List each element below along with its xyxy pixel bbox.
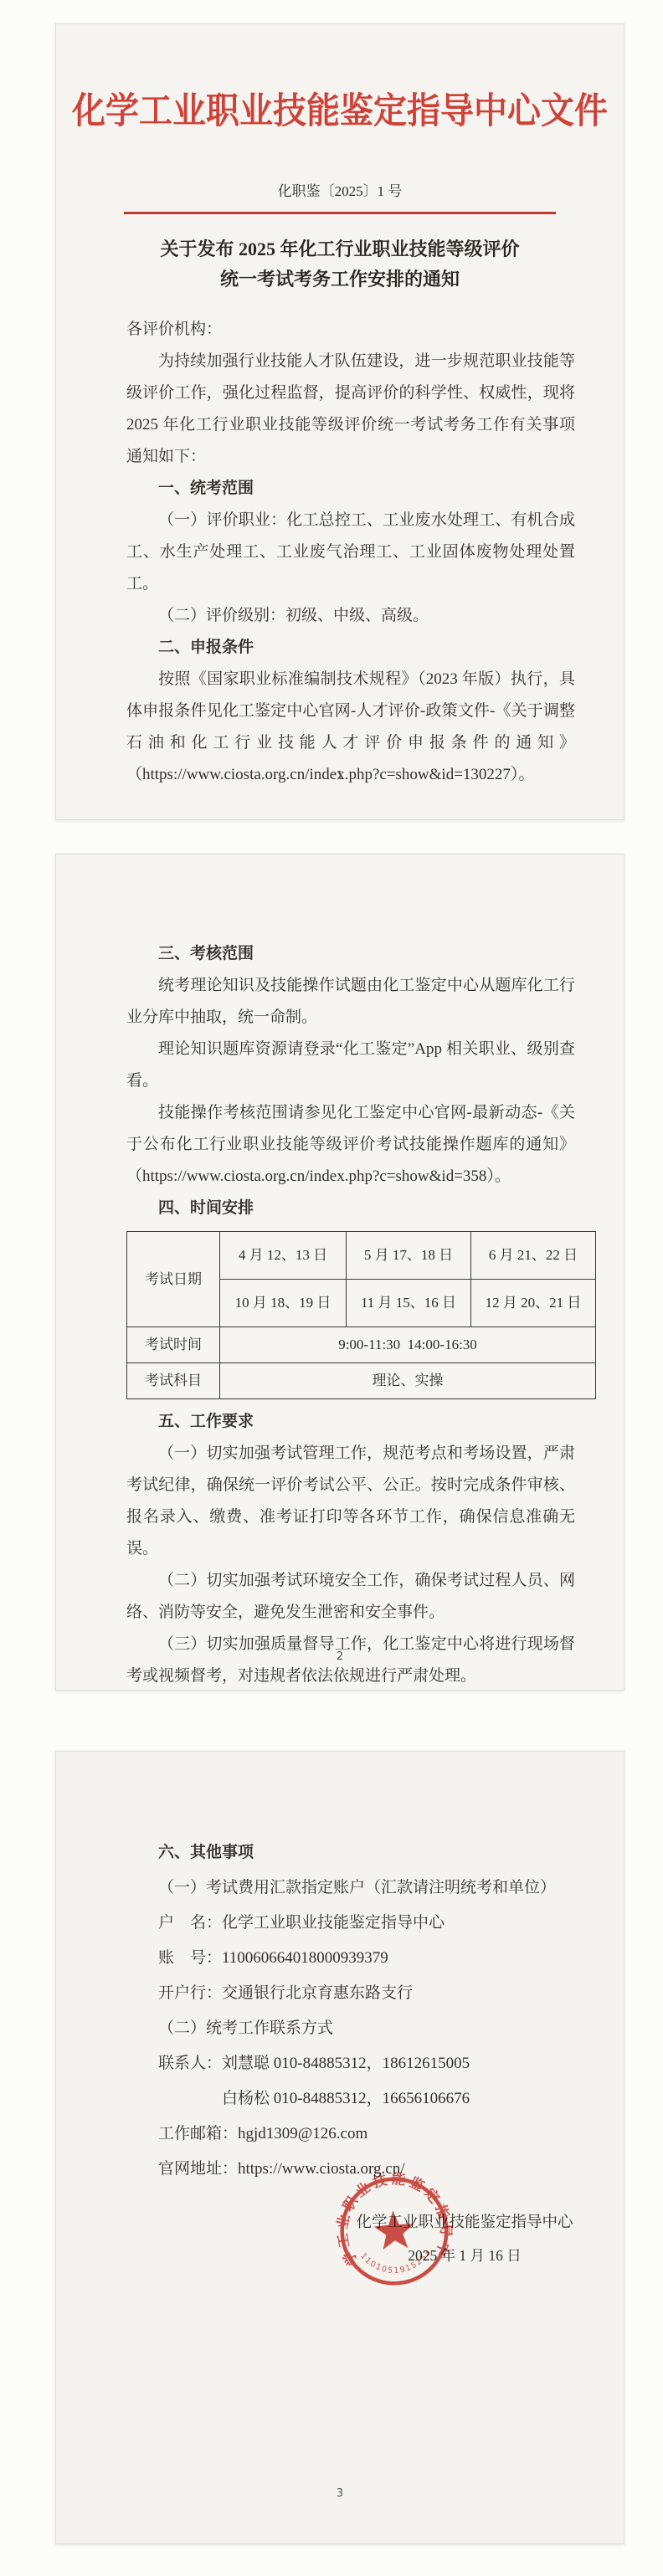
paragraph-6-1: （一）考试费用汇款指定账户（汇款请注明统考和单位） (126, 1870, 575, 1906)
paragraph-6-2: （二）统考工作联系方式 (126, 2011, 575, 2046)
salutation: 各评价机构： (126, 314, 575, 346)
page-title: 化学工业职业技能鉴定指导中心文件 (56, 93, 624, 129)
table-time-label: 考试时间 (127, 1327, 220, 1363)
table-subject-value: 理论、实操 (220, 1363, 596, 1399)
table-subject-label: 考试科目 (127, 1363, 220, 1399)
section-heading-6: 六、其他事项 (126, 1835, 575, 1870)
contact-person-1: 联系人：刘慧聪 010-84885312，18612615005 (126, 2046, 575, 2081)
contact-person-2: 白杨松 010-84885312，16656106676 (126, 2081, 575, 2117)
doc-title-line1: 关于发布 2025 年化工行业职业技能等级评价 (56, 234, 624, 264)
paragraph-3-2: 理论知识题库资源请登录“化工鉴定”App 相关职业、级别查看。 (126, 1034, 575, 1097)
page-number-1: 1 (56, 770, 624, 783)
page-number-3: 3 (56, 2487, 624, 2500)
bank-branch: 开户行：交通银行北京育惠东路支行 (126, 1976, 575, 2011)
document-page-3: 六、其他事项 （一）考试费用汇款指定账户（汇款请注明统考和单位） 户 名：化学工… (55, 1751, 624, 2544)
document-page-2: 三、考核范围 统考理论知识及技能操作试题由化工鉴定中心从题库化工行业分库中抽取，… (55, 854, 624, 1691)
table-date-cell: 5 月 17、18 日 (347, 1232, 471, 1280)
intro-paragraph: 为持续加强行业技能人才队伍建设，进一步规范职业技能等级评价工作，强化过程监督，提… (126, 346, 575, 473)
work-email: 工作邮箱：hgjd1309@126.com (126, 2117, 575, 2152)
page3-body: 六、其他事项 （一）考试费用汇款指定账户（汇款请注明统考和单位） 户 名：化学工… (126, 1752, 575, 2271)
paragraph-5-2: （二）切实加强考试环境安全工作，确保考试过程人员、网络、消防等安全，避免发生泄密… (126, 1565, 575, 1629)
paragraph-3-1: 统考理论知识及技能操作试题由化工鉴定中心从题库化工行业分库中抽取，统一命制。 (126, 970, 575, 1034)
signature-org: 化学工业职业技能鉴定指导中心 (272, 2205, 657, 2240)
signature-block: 化学工业职业技能鉴定指导中心 2025 年 1 月 16 日 (272, 2205, 657, 2271)
table-date-cell: 4 月 12、13 日 (220, 1232, 347, 1280)
doc-title-line2: 统一考试考务工作安排的通知 (56, 264, 624, 295)
table-date-cell: 12 月 20、21 日 (471, 1280, 596, 1327)
account-number: 账 号：110060664018000939379 (126, 1941, 575, 1976)
page-number-2: 2 (56, 1650, 624, 1663)
exam-schedule-table: 考试日期 4 月 12、13 日 5 月 17、18 日 6 月 21、22 日… (126, 1231, 596, 1399)
scanned-document-canvas: 化学工业职业技能鉴定指导中心文件 化职鉴〔2025〕1 号 关于发布 2025 … (0, 0, 663, 2576)
doc-title: 关于发布 2025 年化工行业职业技能等级评价 统一考试考务工作安排的通知 (56, 234, 624, 295)
doc-number: 化职鉴〔2025〕1 号 (56, 182, 624, 202)
document-page-1: 化学工业职业技能鉴定指导中心文件 化职鉴〔2025〕1 号 关于发布 2025 … (55, 23, 624, 820)
section-heading-5: 五、工作要求 (126, 1406, 575, 1438)
table-date-cell: 6 月 21、22 日 (471, 1232, 596, 1280)
paragraph-5-1: （一）切实加强考试管理工作，规范考点和考场设置，严肃考试纪律，确保统一评价考试公… (126, 1438, 575, 1565)
signature-date: 2025 年 1 月 16 日 (272, 2240, 657, 2271)
section-heading-1: 一、统考范围 (126, 473, 575, 505)
account-name: 户 名：化学工业职业技能鉴定指导中心 (126, 1906, 575, 1941)
paragraph-3-3: 技能操作考核范围请参见化工鉴定中心官网-最新动态-《关于公布化工行业职业技能等级… (126, 1097, 575, 1193)
table-date-cell: 10 月 18、19 日 (220, 1280, 347, 1327)
page1-body: 各评价机构： 为持续加强行业技能人才队伍建设，进一步规范职业技能等级评价工作，强… (126, 314, 575, 791)
official-website: 官网地址：https://www.ciosta.org.cn/ (126, 2152, 575, 2187)
paragraph-1-2: （二）评价级别：初级、中级、高级。 (126, 600, 575, 632)
paragraph-1-1: （一）评价职业：化工总控工、工业废水处理工、有机合成工、水生产处理工、工业废气治… (126, 505, 575, 600)
section-heading-2: 二、申报条件 (126, 632, 575, 664)
section-heading-3: 三、考核范围 (126, 938, 575, 970)
table-date-cell: 11 月 15、16 日 (347, 1280, 471, 1327)
section-heading-4: 四、时间安排 (126, 1193, 575, 1224)
page2-body: 三、考核范围 统考理论知识及技能操作试题由化工鉴定中心从题库化工行业分库中抽取，… (126, 854, 575, 1692)
table-date-label: 考试日期 (127, 1232, 220, 1327)
red-divider (124, 212, 556, 214)
table-time-value: 9:00-11:30 14:00-16:30 (220, 1327, 596, 1363)
